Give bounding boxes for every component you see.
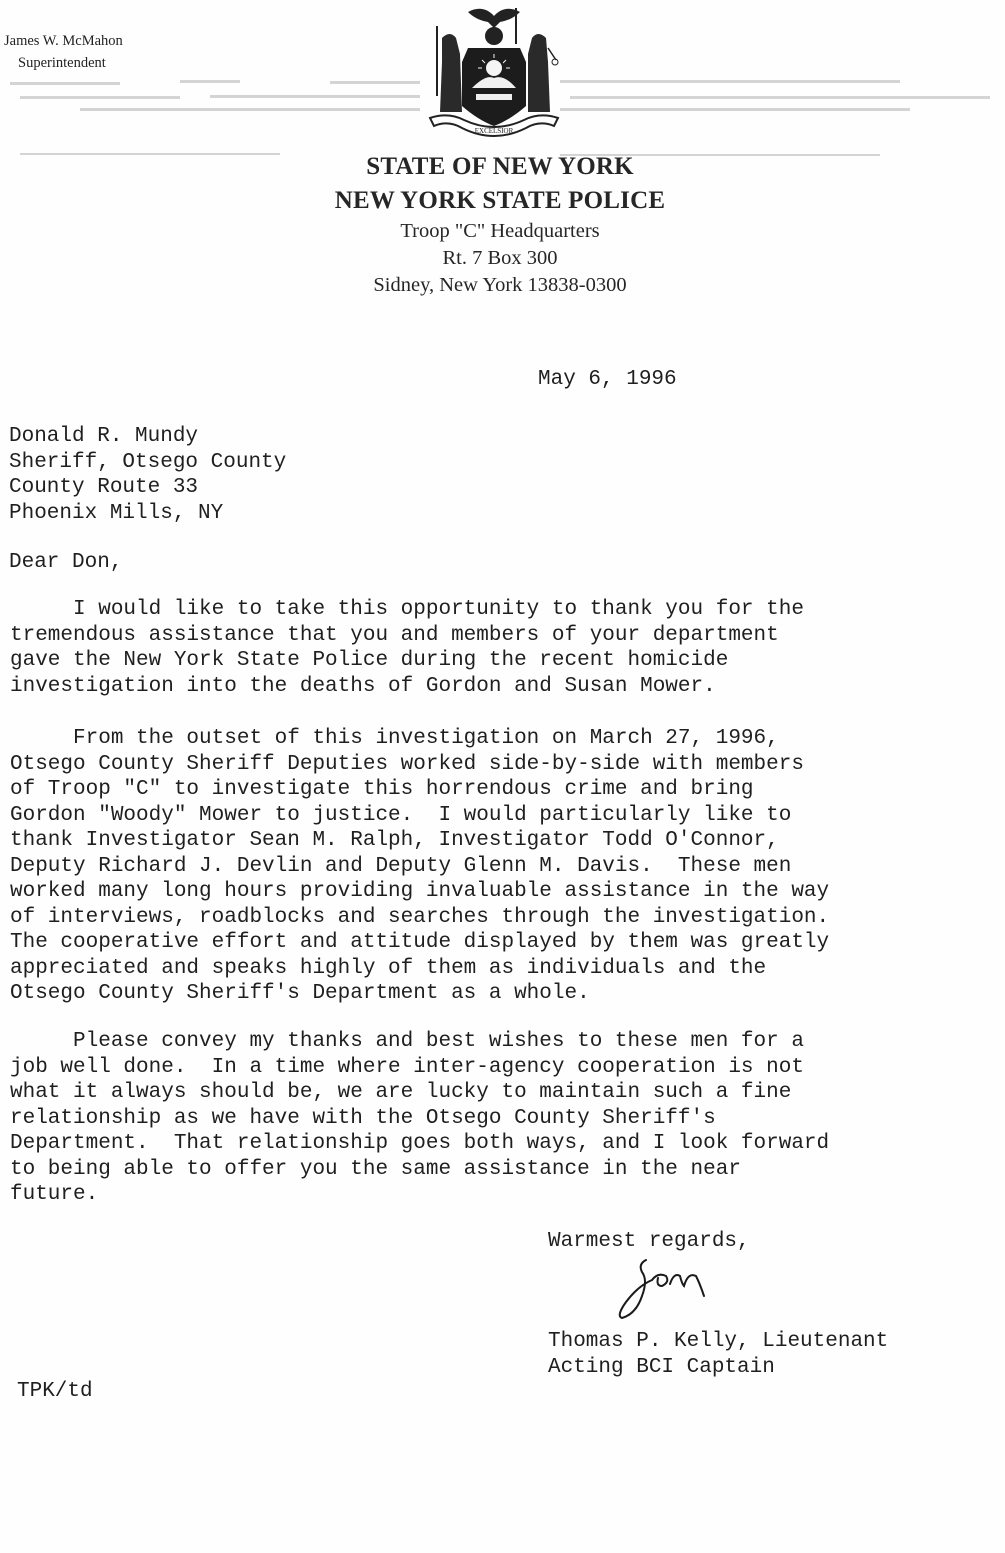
letterhead-street: Rt. 7 Box 300 bbox=[300, 245, 700, 272]
letterhead: STATE OF NEW YORK NEW YORK STATE POLICE … bbox=[300, 150, 700, 299]
body-paragraph-3: Please convey my thanks and best wishes … bbox=[10, 1029, 1005, 1208]
body-line: job well done. In a time where inter-age… bbox=[10, 1055, 1005, 1081]
closing: Warmest regards, bbox=[548, 1230, 750, 1253]
body-paragraph-1: I would like to take this opportunity to… bbox=[10, 597, 1005, 699]
body-line: tremendous assistance that you and membe… bbox=[10, 623, 1005, 649]
letterhead-state: STATE OF NEW YORK bbox=[300, 150, 700, 184]
superintendent-name: James W. McMahon bbox=[4, 30, 123, 52]
body-line: Gordon "Woody" Mower to justice. I would… bbox=[10, 803, 1005, 829]
body-line: The cooperative effort and attitude disp… bbox=[10, 930, 1005, 956]
letter-page: James W. McMahon Superintendent bbox=[0, 0, 1005, 1553]
body-line: Please convey my thanks and best wishes … bbox=[10, 1029, 1005, 1055]
body-line: thank Investigator Sean M. Ralph, Invest… bbox=[10, 828, 1005, 854]
handwritten-signature-icon bbox=[612, 1256, 742, 1322]
body-line: of interviews, roadblocks and searches t… bbox=[10, 905, 1005, 931]
body-line: what it always should be, we are lucky t… bbox=[10, 1080, 1005, 1106]
recipient-street: County Route 33 bbox=[9, 475, 286, 501]
new-york-state-seal-icon: EXCELSIOR bbox=[428, 2, 560, 144]
body-line: gave the New York State Police during th… bbox=[10, 648, 1005, 674]
body-line: worked many long hours providing invalua… bbox=[10, 879, 1005, 905]
recipient-name: Donald R. Mundy bbox=[9, 424, 286, 450]
letterhead-troop: Troop "C" Headquarters bbox=[300, 218, 700, 245]
body-line: relationship as we have with the Otsego … bbox=[10, 1106, 1005, 1132]
body-line: appreciated and speaks highly of them as… bbox=[10, 956, 1005, 982]
body-line: investigation into the deaths of Gordon … bbox=[10, 674, 1005, 700]
body-line: Otsego County Sheriff Deputies worked si… bbox=[10, 752, 1005, 778]
body-line: From the outset of this investigation on… bbox=[10, 726, 1005, 752]
seal-motto: EXCELSIOR bbox=[475, 127, 514, 135]
signer-name: Thomas P. Kelly, Lieutenant bbox=[548, 1329, 888, 1355]
body-line: to being able to offer you the same assi… bbox=[10, 1157, 1005, 1183]
signer-title: Acting BCI Captain bbox=[548, 1355, 888, 1381]
letterhead-agency: NEW YORK STATE POLICE bbox=[300, 184, 700, 218]
superintendent-title: Superintendent bbox=[4, 52, 123, 74]
body-line: I would like to take this opportunity to… bbox=[10, 597, 1005, 623]
body-line: Otsego County Sheriff's Department as a … bbox=[10, 981, 1005, 1007]
body-line: Department. That relationship goes both … bbox=[10, 1131, 1005, 1157]
body-line: future. bbox=[10, 1182, 1005, 1208]
body-line: Deputy Richard J. Devlin and Deputy Glen… bbox=[10, 854, 1005, 880]
letter-date: May 6, 1996 bbox=[538, 368, 677, 391]
recipient-address: Donald R. Mundy Sheriff, Otsego County C… bbox=[9, 424, 286, 526]
body-paragraph-2: From the outset of this investigation on… bbox=[10, 726, 1005, 1007]
reference-initials: TPK/td bbox=[17, 1380, 93, 1403]
body-line: of Troop "C" to investigate this horrend… bbox=[10, 777, 1005, 803]
recipient-city: Phoenix Mills, NY bbox=[9, 501, 286, 527]
signer-block: Thomas P. Kelly, Lieutenant Acting BCI C… bbox=[548, 1329, 888, 1381]
salutation: Dear Don, bbox=[9, 551, 122, 574]
superintendent-block: James W. McMahon Superintendent bbox=[4, 30, 123, 74]
recipient-title: Sheriff, Otsego County bbox=[9, 450, 286, 476]
letterhead-city: Sidney, New York 13838-0300 bbox=[300, 272, 700, 299]
